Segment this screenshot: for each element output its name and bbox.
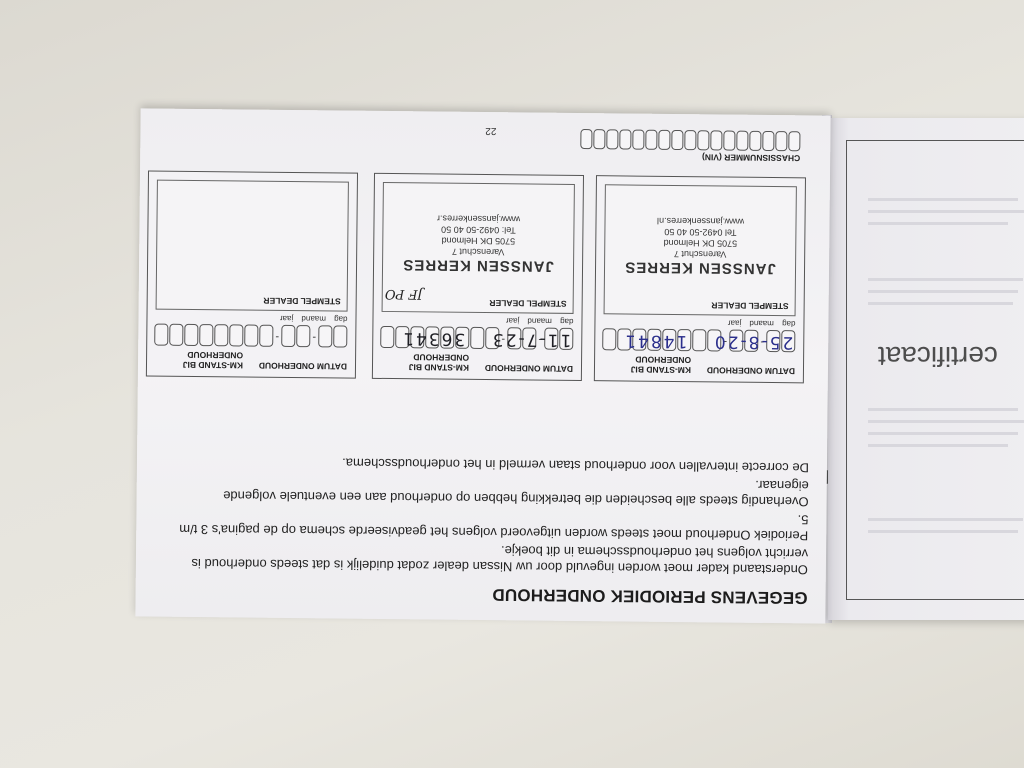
- vin-box[interactable]: [619, 129, 631, 149]
- stamp-label: STEMPEL DEALER: [711, 300, 788, 311]
- dealer-phone: Tel 0492-50 40 50: [605, 225, 795, 238]
- dealer-city: 5705 DK Helmond: [383, 234, 573, 247]
- show-through-text: [868, 420, 1024, 423]
- show-through-text: [868, 530, 1018, 533]
- date-sublabel: dag maand jaar: [506, 316, 574, 326]
- vin-box[interactable]: [775, 131, 787, 151]
- show-through-text: [868, 222, 1008, 225]
- dealer-phone: Tel: 0492-50 40 50: [383, 223, 573, 236]
- handwritten-date: 25-8-20: [713, 331, 794, 352]
- stamp-label: STEMPEL DEALER: [263, 296, 340, 307]
- maintenance-entries: DATUM ONDERHOUD KM-STAND BIJ ONDERHOUD -…: [154, 167, 806, 384]
- instruction-paragraph: Overhandig steeds alle bescheiden die be…: [169, 471, 809, 510]
- vin-box[interactable]: [749, 131, 761, 151]
- show-through-text: [868, 408, 1018, 411]
- left-page: GEGEVENS PERIODIEK ONDERHOUD Onderstaand…: [135, 108, 830, 623]
- date-boxes[interactable]: --: [244, 324, 347, 347]
- show-through-text: [868, 518, 1023, 521]
- dealer-web: www.janssenkerres.nl: [605, 214, 795, 227]
- km-label: KM-STAND BIJ ONDERHOUD: [147, 349, 243, 370]
- vin-box[interactable]: [593, 129, 605, 149]
- maintenance-entry-empty: DATUM ONDERHOUD KM-STAND BIJ ONDERHOUD -…: [146, 170, 358, 378]
- vin-box[interactable]: [697, 130, 709, 150]
- dealer-name: JANSSEN KERRES: [605, 258, 795, 277]
- certificate-title: certificaat: [878, 340, 998, 372]
- vin-box[interactable]: [788, 131, 800, 151]
- vin-box[interactable]: [632, 130, 644, 150]
- vin-box[interactable]: [710, 130, 722, 150]
- vin-boxes[interactable]: [580, 129, 800, 151]
- dealer-stamp-box: STEMPEL DEALER JF PO JANSSEN KERRES Vare…: [382, 182, 575, 314]
- dealer-name: JANSSEN KERRES: [383, 256, 573, 275]
- km-boxes[interactable]: [154, 324, 243, 347]
- date-label: DATUM ONDERHOUD: [259, 361, 347, 372]
- instruction-paragraph: Periodiek Onderhoud moet steeds worden u…: [168, 505, 808, 544]
- vin-label: CHASSISNUMMER (VIN): [702, 152, 800, 163]
- maintenance-entry: DATUM ONDERHOUD KM-STAND BIJ ONDERHOUD -…: [372, 173, 584, 381]
- handwritten-date: 11-7-23: [491, 329, 572, 350]
- vin-box[interactable]: [723, 131, 735, 151]
- page-title: GEGEVENS PERIODIEK ONDERHOUD: [492, 584, 808, 607]
- show-through-text: [868, 198, 1018, 201]
- instruction-paragraph: Onderstaand kader moet worden ingevuld d…: [168, 539, 808, 578]
- vin-box[interactable]: [762, 131, 774, 151]
- dealer-stamp: JANSSEN KERRES Varenschut 7 5705 DK Helm…: [605, 214, 796, 277]
- handwritten-km: 14841: [623, 330, 687, 351]
- km-label: KM-STAND BIJ ONDERHOUD: [595, 354, 691, 375]
- date-label: DATUM ONDERHOUD: [707, 365, 795, 376]
- vin-box[interactable]: [658, 130, 670, 150]
- date-sublabel: dag maand jaar: [280, 314, 348, 324]
- dealer-web: www.janssenkerres.r: [383, 212, 573, 225]
- right-page: certificaat: [828, 118, 1024, 620]
- dealer-stamp-box: STEMPEL DEALER JANSSEN KERRES Varenschut…: [604, 184, 797, 316]
- show-through-text: [868, 432, 1018, 435]
- show-through-text: [868, 290, 1018, 293]
- date-sublabel: dag maand jaar: [728, 319, 796, 329]
- vin-box[interactable]: [736, 131, 748, 151]
- show-through-text: [868, 210, 1024, 213]
- vin-box[interactable]: [671, 130, 683, 150]
- dealer-city: 5705 DK Helmond: [605, 236, 795, 249]
- km-label: KM-STAND BIJ ONDERHOUD: [373, 352, 469, 373]
- stamp-label: STEMPEL DEALER: [489, 298, 566, 309]
- handwritten-km: 36341: [401, 328, 465, 349]
- dealer-stamp-box[interactable]: STEMPEL DEALER: [156, 180, 349, 312]
- service-booklet-photo: certificaat GEGEVENS PERIODIEK ONDERHOUD…: [0, 0, 1024, 768]
- signature: JF PO: [385, 286, 423, 301]
- dealer-stamp: JANSSEN KERRES Varenschut 7 5705 DK Helm…: [383, 212, 574, 275]
- vin-box[interactable]: [580, 129, 592, 149]
- maintenance-entry: DATUM ONDERHOUD KM-STAND BIJ ONDERHOUD -…: [594, 175, 806, 383]
- page-number: 22: [485, 125, 496, 136]
- date-label: DATUM ONDERHOUD: [485, 363, 573, 374]
- vin-box[interactable]: [606, 129, 618, 149]
- show-through-text: [868, 302, 1013, 305]
- vin-box[interactable]: [645, 130, 657, 150]
- vin-box[interactable]: [684, 130, 696, 150]
- show-through-text: [868, 444, 1008, 447]
- show-through-text: [868, 278, 1023, 281]
